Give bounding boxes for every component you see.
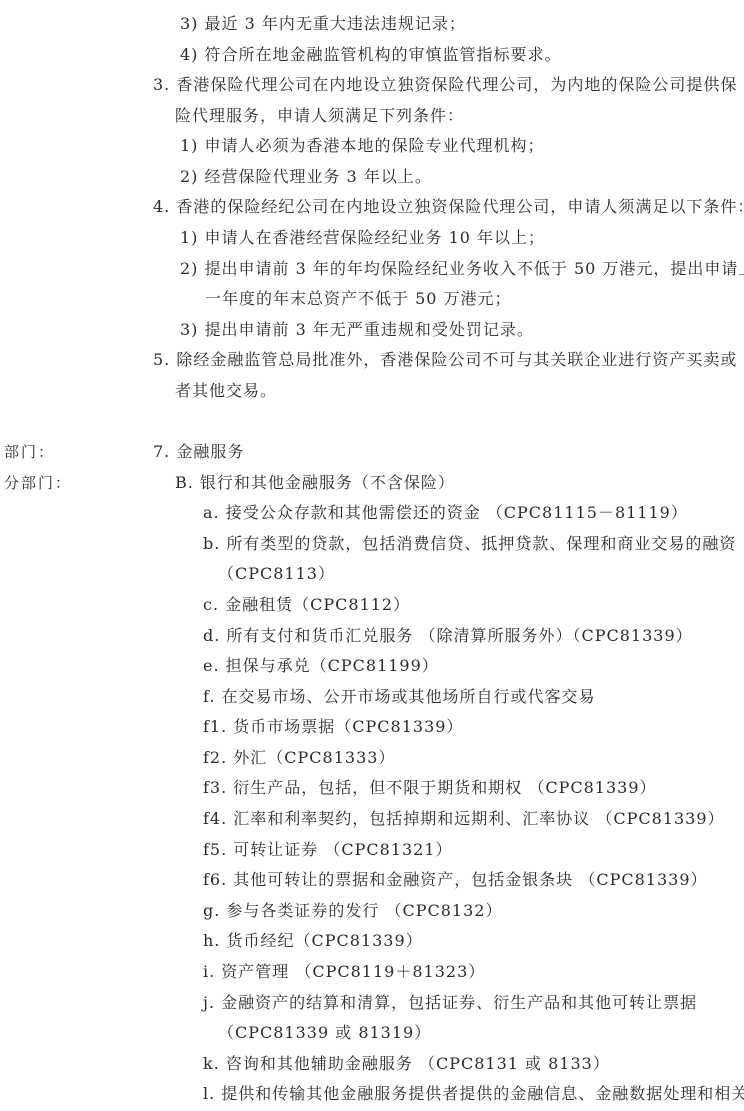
doc-line: 1) 申请人必须为香港本地的保险专业代理机构；: [0, 131, 744, 162]
doc-line: 险代理服务，申请人须满足下列条件：: [0, 101, 744, 132]
doc-line: （CPC8113）: [0, 559, 744, 590]
doc-line: 3) 提出申请前 3 年无严重违规和受处罚记录。: [0, 315, 744, 346]
doc-line: b. 所有类型的贷款，包括消费信贷、抵押贷款、保理和商业交易的融资: [0, 529, 744, 560]
doc-line: f4. 汇率和利率契约，包括掉期和远期利、汇率协议 （CPC81339）: [0, 804, 744, 835]
doc-line: 1) 申请人在香港经营保险经纪业务 10 年以上；: [0, 223, 744, 254]
doc-line: f6. 其他可转让的票据和金融资产，包括金银条块 （CPC81339）: [0, 865, 744, 896]
doc-line: 2) 经营保险代理业务 3 年以上。: [0, 162, 744, 193]
doc-line: c. 金融租赁（CPC8112）: [0, 590, 744, 621]
doc-line: 4) 符合所在地金融监管机构的审慎监管指标要求。: [0, 40, 744, 71]
doc-line: f1. 货币市场票据（CPC81339）: [0, 712, 744, 743]
doc-line: g. 参与各类证券的发行 （CPC8132）: [0, 896, 744, 927]
subsection-heading-line: 分部门：B. 银行和其他金融服务（不含保险）: [0, 468, 744, 499]
document-page: 3) 最近 3 年内无重大违法违规记录； 4) 符合所在地金融监管机构的审慎监管…: [0, 0, 744, 1111]
doc-line: e. 担保与承兑（CPC81199）: [0, 651, 744, 682]
margin-label-department: 部门：: [4, 437, 55, 468]
doc-line: 3. 香港保险代理公司在内地设立独资保险代理公司，为内地的保险公司提供保: [0, 70, 744, 101]
doc-line: 5. 除经金融监管总局批准外，香港保险公司不可与其关联企业进行资产买卖或: [0, 345, 744, 376]
doc-line: 3) 最近 3 年内无重大违法违规记录；: [0, 9, 744, 40]
doc-line: i. 资产管理 （CPC8119＋81323）: [0, 957, 744, 988]
doc-line: f2. 外汇（CPC81333）: [0, 743, 744, 774]
doc-line: d. 所有支付和货币汇兑服务 （除清算所服务外）（CPC81339）: [0, 621, 744, 652]
doc-line: f5. 可转让证券 （CPC81321）: [0, 835, 744, 866]
doc-line: h. 货币经纪（CPC81339）: [0, 926, 744, 957]
doc-line: l. 提供和传输其他金融服务提供者提供的金融信息、金融数据处理和相关: [0, 1079, 744, 1110]
doc-line: k. 咨询和其他辅助金融服务 （CPC8131 或 8133）: [0, 1049, 744, 1080]
doc-line: 一年度的年末总资产不低于 50 万港元；: [0, 284, 744, 315]
doc-line: 2) 提出申请前 3 年的年均保险经纪业务收入不低于 50 万港元，提出申请上: [0, 254, 744, 285]
margin-label-sub-department: 分部门：: [4, 468, 72, 499]
subsection-heading-text: B. 银行和其他金融服务（不含保险）: [175, 473, 455, 492]
doc-line: 4. 香港的保险经纪公司在内地设立独资保险代理公司，申请人须满足以下条件：: [0, 192, 744, 223]
doc-line: （CPC81339 或 81319）: [0, 1018, 744, 1049]
section-heading-text: 7. 金融服务: [153, 442, 244, 461]
doc-line: f. 在交易市场、公开市场或其他场所自行或代客交易: [0, 682, 744, 713]
section-heading-line: 部门：7. 金融服务: [0, 437, 744, 468]
doc-blank-line: [0, 407, 744, 438]
doc-line: f3. 衍生产品，包括，但不限于期货和期权 （CPC81339）: [0, 773, 744, 804]
doc-line: a. 接受公众存款和其他需偿还的资金 （CPC81115－81119）: [0, 498, 744, 529]
doc-line: j. 金融资产的结算和清算，包括证券、衍生产品和其他可转让票据: [0, 988, 744, 1019]
doc-line: 者其他交易。: [0, 376, 744, 407]
